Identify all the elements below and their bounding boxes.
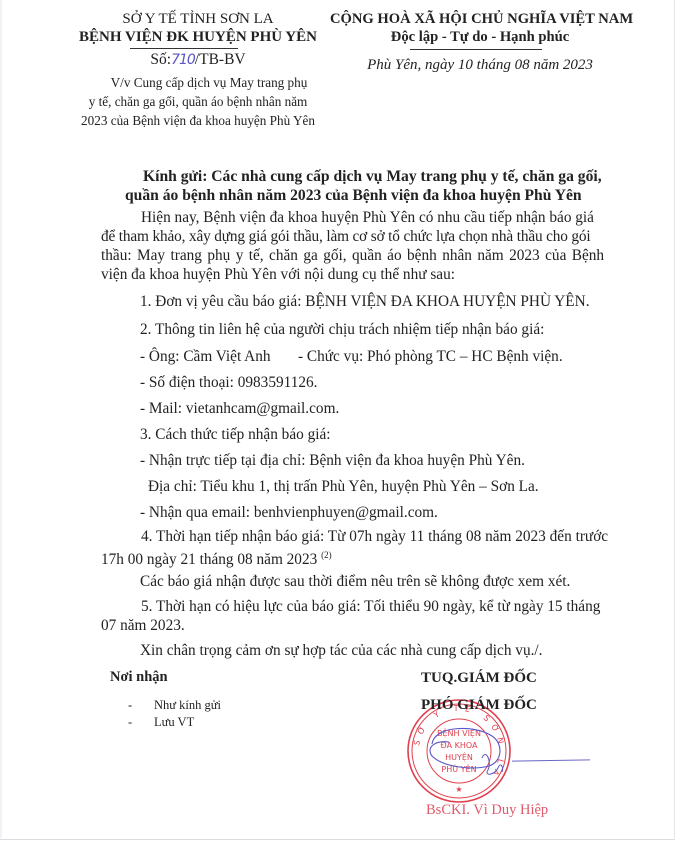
item-2: 2. Thông tin liên hệ của người chịu trác… xyxy=(140,320,544,339)
page-edge-left xyxy=(0,0,2,838)
recipient-label: Lưu VT xyxy=(154,715,194,729)
nation-title: CỘNG HOÀ XÃ HỘI CHỦ NGHĨA VIỆT NAM xyxy=(330,10,630,28)
late-note: Các báo giá nhận được sau thời điểm nêu … xyxy=(140,572,570,591)
handwritten-number: 710 xyxy=(171,52,195,68)
signature-stroke xyxy=(512,759,590,761)
motto: Độc lập - Tự do - Hạnh phúc xyxy=(330,28,630,46)
addressee-line: Kính gửi: Các nhà cung cấp dịch vụ May t… xyxy=(143,167,602,186)
delivery-address: Địa chỉ: Tiểu khu 1, thị trấn Phù Yên, h… xyxy=(148,477,539,496)
contact-position: - Chức vụ: Phó phòng TC – HC Bệnh viện. xyxy=(298,347,563,366)
item-1: 1. Đơn vị yêu cầu báo giá: BỆNH VIỆN ĐA … xyxy=(140,292,590,311)
addressee-line: quần áo bệnh nhân năm 2023 của Bệnh viện… xyxy=(125,186,582,205)
item-3: 3. Cách thức tiếp nhận báo giá: xyxy=(140,425,331,444)
place-date: Phù Yên, ngày 10 tháng 08 năm 2023 xyxy=(330,54,630,76)
national-header: CỘNG HOÀ XÃ HỘI CHỦ NGHĨA VIỆT NAM Độc l… xyxy=(330,10,630,76)
svg-text:★: ★ xyxy=(455,785,462,794)
subject-line: 2023 của Bệnh viện đa khoa huyện Phù Yên xyxy=(62,112,334,129)
subject-line: y tế, chăn ga gối, quần áo bệnh nhân năm xyxy=(62,93,334,110)
thanks-line: Xin chân trọng cảm ơn sự hợp tác của các… xyxy=(140,641,543,660)
direct-delivery: - Nhận trực tiếp tại địa chỉ: Bệnh viện … xyxy=(140,451,525,470)
item-4-line: 4. Thời hạn tiếp nhận báo giá: Từ 07h ng… xyxy=(141,527,608,546)
hospital-underline xyxy=(130,48,238,49)
recipient-item: -Như kính gửi xyxy=(128,698,221,713)
contact-phone: - Số điện thoại: 0983591126. xyxy=(140,373,317,392)
stamp-line: HUYỆN xyxy=(445,751,473,763)
signer-name: BsCKI. Vì Duy Hiệp xyxy=(426,802,548,819)
deadline-text: 17h 00 ngày 21 tháng 08 năm 2023 xyxy=(101,551,317,568)
motto-underline xyxy=(410,49,542,50)
department-name: SỞ Y TẾ TỈNH SƠN LA xyxy=(62,10,334,28)
document-number: Số:710/TB-BV xyxy=(62,48,334,72)
intro-line: để tham khảo, xây dựng giá gói thầu, làm… xyxy=(101,227,591,246)
item-5-line: 07 năm 2023. xyxy=(101,616,185,635)
item-4-line: 17h 00 ngày 21 tháng 08 năm 2023 (2) xyxy=(101,546,332,569)
contact-mail[interactable]: - Mail: vietanhcam@gmail.com. xyxy=(140,399,339,418)
hospital-name: BỆNH VIỆN ĐK HUYỆN PHÙ YÊN xyxy=(62,28,334,46)
issuer-block: SỞ Y TẾ TỈNH SƠN LA BỆNH VIỆN ĐK HUYỆN P… xyxy=(62,10,334,129)
intro-line: viện đa khoa huyện Phù Yên với nội dung … xyxy=(101,265,455,284)
recipients-title: Nơi nhận xyxy=(110,669,168,686)
recipient-label: Như kính gửi xyxy=(154,698,221,712)
page-edge-bottom xyxy=(0,839,675,840)
recipient-item: -Lưu VT xyxy=(128,715,194,730)
item-5-line: 5. Thời hạn có hiệu lực của báo giá: Tối… xyxy=(141,597,600,616)
email-delivery[interactable]: - Nhận qua email: benhvienphuyen@gmail.c… xyxy=(140,503,438,522)
intro-line: thầu: May trang phụ y tế, chăn ga gối, q… xyxy=(101,246,604,265)
contact-name: - Ông: Cầm Việt Anh xyxy=(140,347,271,366)
subject-line: V/v Cung cấp dịch vụ May trang phụ xyxy=(62,74,334,91)
number-prefix: Số: xyxy=(150,51,171,68)
intro-line: Hiện nay, Bệnh viện đa khoa huyện Phù Yê… xyxy=(141,208,594,227)
footnote-mark: (2) xyxy=(321,550,332,560)
signature-on-behalf: TUQ.GIÁM ĐỐC xyxy=(421,670,537,687)
signature-position: PHÓ GIÁM ĐỐC xyxy=(421,697,537,714)
stamp-line: ĐA KHOA xyxy=(441,741,478,750)
number-suffix: /TB-BV xyxy=(195,51,246,68)
